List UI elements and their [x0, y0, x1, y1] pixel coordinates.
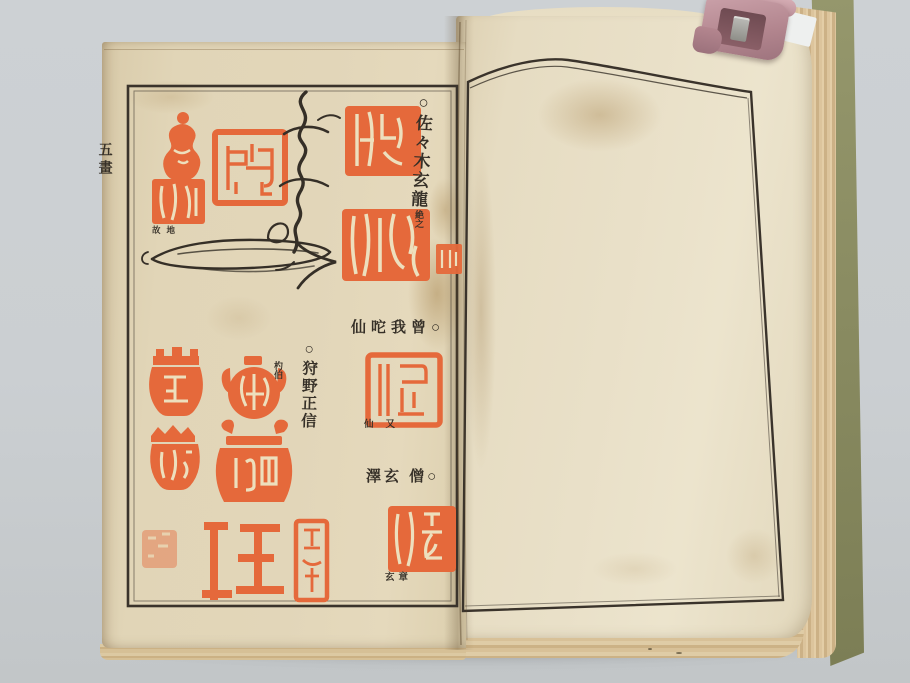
book-gutter-shadow: [444, 16, 474, 650]
right-page: [456, 16, 812, 638]
margin-section-label: 五畫: [97, 142, 113, 202]
speck: [648, 648, 652, 650]
annotation-beside-jar-seal: 杓伯: [272, 361, 285, 395]
left-page-fold-line: [104, 49, 464, 50]
annotation-under-rect-seal: 故地: [152, 224, 181, 236]
annotation-beside-sasaki-seal: 絶之: [413, 210, 426, 246]
photo-of-open-seal-catalog-book: ○佐々木玄龍 仙咜我曾○ ○狩野正信 澤玄 僧○ 五畫 故地 絶之 杓伯 仙又 …: [0, 0, 910, 683]
label-kano-masanobu: ○狩野正信: [297, 341, 318, 463]
annotation-under-gentaku-seal: 玄章: [385, 569, 412, 583]
label-soga-dasen: 仙咜我曾○: [351, 320, 445, 337]
annotation-under-soga-seal: 仙又: [364, 416, 407, 430]
speck: [676, 652, 682, 654]
label-so-gentaku: 澤玄 僧○: [366, 469, 439, 486]
